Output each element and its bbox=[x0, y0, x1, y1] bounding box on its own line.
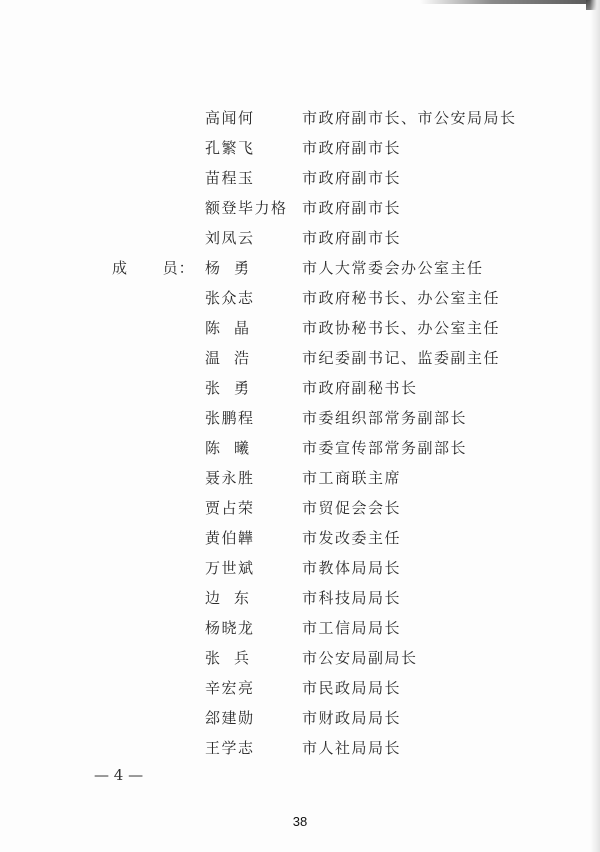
document-page: 高闻何 市政府副市长、市公安局局长 孔繁飞 市政府副市长 苗程玉 市政府副市长 … bbox=[0, 0, 600, 852]
member-title: 市人大常委会办公室主任 bbox=[302, 256, 484, 280]
member-name: 苗程玉 bbox=[205, 166, 255, 190]
list-item: 杨晓龙 市工信局局长 bbox=[0, 616, 600, 646]
member-title: 市政协秘书长、办公室主任 bbox=[302, 316, 500, 340]
member-title: 市公安局副局长 bbox=[302, 646, 418, 670]
list-item: 额登毕力格 市政府副市长 bbox=[0, 196, 600, 226]
list-item: 陈 曦 市委宣传部常务副部长 bbox=[0, 436, 600, 466]
list-item: 张 勇 市政府副秘书长 bbox=[0, 376, 600, 406]
member-name: 张 兵 bbox=[205, 646, 251, 670]
member-title: 市纪委副书记、监委副主任 bbox=[302, 346, 500, 370]
scan-edge-shadow bbox=[420, 0, 600, 4]
list-item: 张众志 市政府秘书长、办公室主任 bbox=[0, 286, 600, 316]
list-item: 孔繁飞 市政府副市长 bbox=[0, 136, 600, 166]
member-list: 高闻何 市政府副市长、市公安局局长 孔繁飞 市政府副市长 苗程玉 市政府副市长 … bbox=[0, 106, 600, 766]
member-title: 市民政局局长 bbox=[302, 676, 401, 700]
member-name: 边 东 bbox=[205, 586, 251, 610]
list-item: 刘凤云 市政府副市长 bbox=[0, 226, 600, 256]
member-name: 郐建勋 bbox=[205, 706, 255, 730]
list-item: 高闻何 市政府副市长、市公安局局长 bbox=[0, 106, 600, 136]
member-title: 市委组织部常务副部长 bbox=[302, 406, 467, 430]
member-name: 王学志 bbox=[205, 736, 255, 760]
list-item: 温 浩 市纪委副书记、监委副主任 bbox=[0, 346, 600, 376]
member-title: 市政府副市长 bbox=[302, 226, 401, 250]
list-item: 聂永胜 市工商联主席 bbox=[0, 466, 600, 496]
member-name: 温 浩 bbox=[205, 346, 251, 370]
list-item: 王学志 市人社局局长 bbox=[0, 736, 600, 766]
member-name: 杨 勇 bbox=[205, 256, 251, 280]
member-name: 黄伯韡 bbox=[205, 526, 255, 550]
list-item: 郐建勋 市财政局局长 bbox=[0, 706, 600, 736]
member-title: 市政府副市长 bbox=[302, 136, 401, 160]
member-title: 市委宣传部常务副部长 bbox=[302, 436, 467, 460]
member-title: 市政府副市长、市公安局局长 bbox=[302, 106, 517, 130]
member-name: 万世斌 bbox=[205, 556, 255, 580]
page-marker: — 4 — bbox=[94, 766, 143, 784]
list-item: 万世斌 市教体局局长 bbox=[0, 556, 600, 586]
list-item: 陈 晶 市政协秘书长、办公室主任 bbox=[0, 316, 600, 346]
member-name: 聂永胜 bbox=[205, 466, 255, 490]
member-name: 额登毕力格 bbox=[205, 196, 288, 220]
member-name: 陈 曦 bbox=[205, 436, 251, 460]
member-title: 市教体局局长 bbox=[302, 556, 401, 580]
member-name: 杨晓龙 bbox=[205, 616, 255, 640]
member-title: 市财政局局长 bbox=[302, 706, 401, 730]
member-title: 市政府秘书长、办公室主任 bbox=[302, 286, 500, 310]
member-name: 张 勇 bbox=[205, 376, 251, 400]
members-label: 成 员： bbox=[112, 256, 195, 280]
list-item: 辛宏亮 市民政局局长 bbox=[0, 676, 600, 706]
list-item: 贾占荣 市贸促会会长 bbox=[0, 496, 600, 526]
member-title: 市贸促会会长 bbox=[302, 496, 401, 520]
list-item: 苗程玉 市政府副市长 bbox=[0, 166, 600, 196]
member-title: 市政府副秘书长 bbox=[302, 376, 418, 400]
list-item: 边 东 市科技局局长 bbox=[0, 586, 600, 616]
member-name: 高闻何 bbox=[205, 106, 255, 130]
member-title: 市发改委主任 bbox=[302, 526, 401, 550]
list-item: 成 员： 杨 勇 市人大常委会办公室主任 bbox=[0, 256, 600, 286]
member-name: 刘凤云 bbox=[205, 226, 255, 250]
member-name: 张众志 bbox=[205, 286, 255, 310]
member-title: 市工商联主席 bbox=[302, 466, 401, 490]
page-number: 38 bbox=[0, 814, 600, 829]
member-title: 市工信局局长 bbox=[302, 616, 401, 640]
member-title: 市人社局局长 bbox=[302, 736, 401, 760]
member-name: 辛宏亮 bbox=[205, 676, 255, 700]
list-item: 张鹏程 市委组织部常务副部长 bbox=[0, 406, 600, 436]
member-name: 孔繁飞 bbox=[205, 136, 255, 160]
list-item: 黄伯韡 市发改委主任 bbox=[0, 526, 600, 556]
list-item: 张 兵 市公安局副局长 bbox=[0, 646, 600, 676]
member-title: 市科技局局长 bbox=[302, 586, 401, 610]
member-title: 市政府副市长 bbox=[302, 166, 401, 190]
member-name: 张鹏程 bbox=[205, 406, 255, 430]
member-name: 贾占荣 bbox=[205, 496, 255, 520]
member-name: 陈 晶 bbox=[205, 316, 251, 340]
member-title: 市政府副市长 bbox=[302, 196, 401, 220]
